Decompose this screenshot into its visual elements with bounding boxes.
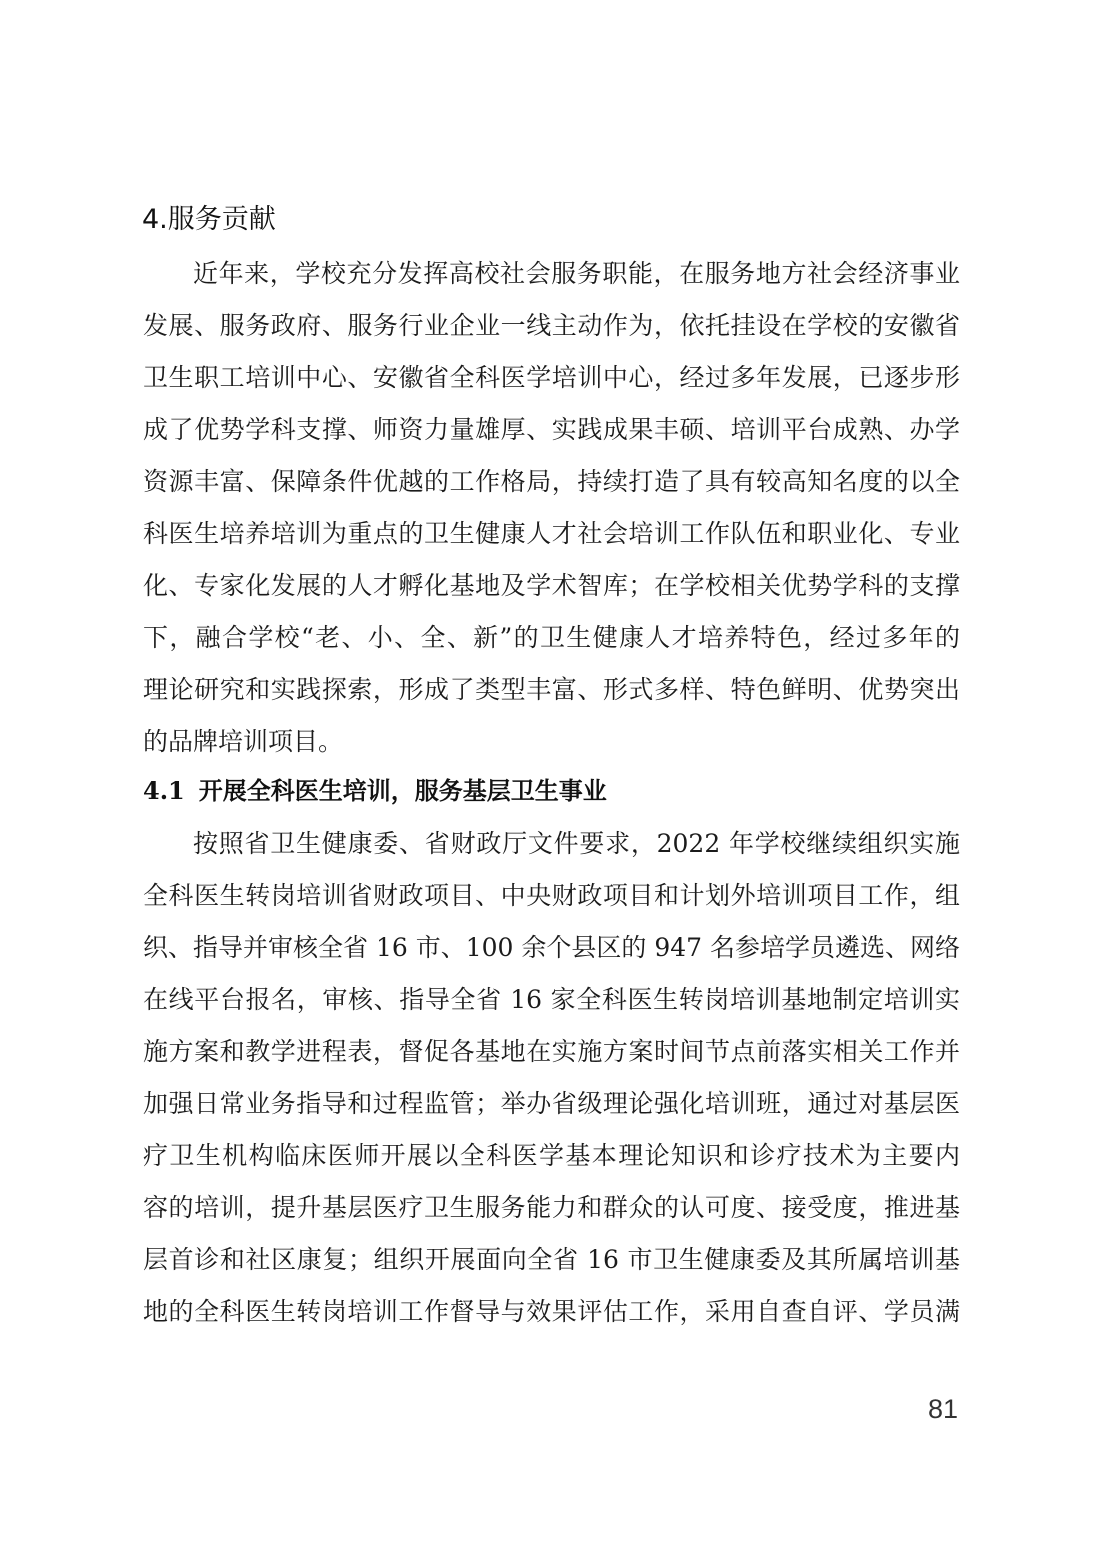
paragraph-line: 在线平台报名，审核、指导全省 16 家全科医生转岗培训基地制定培训实 [143, 982, 960, 1018]
paragraph-line: 全科医生转岗培训省财政项目、中央财政项目和计划外培训项目工作，组 [143, 878, 960, 914]
paragraph-line: 成了优势学科支撑、师资力量雄厚、实践成果丰硕、培训平台成熟、办学 [143, 412, 960, 448]
paragraph-line: 疗卫生机构临床医师开展以全科医学基本理论知识和诊疗技术为主要内 [143, 1138, 960, 1174]
paragraph-line: 理论研究和实践探索，形成了类型丰富、形式多样、特色鲜明、优势突出 [143, 672, 960, 708]
paragraph-line: 资源丰富、保障条件优越的工作格局，持续打造了具有较高知名度的以全 [143, 464, 960, 500]
paragraph-line: 卫生职工培训中心、安徽省全科医学培训中心，经过多年发展，已逐步形 [143, 360, 960, 396]
paragraph-line: 地的全科医生转岗培训工作督导与效果评估工作，采用自查自评、学员满 [143, 1294, 960, 1330]
paragraph-line: 加强日常业务指导和过程监管；举办省级理论强化培训班，通过对基层医 [143, 1086, 960, 1122]
paragraph-line: 织、指导并审核全省 16 市、100 余个县区的 947 名参培学员遴选、网络 [143, 930, 960, 966]
paragraph-line: 容的培训，提升基层医疗卫生服务能力和群众的认可度、接受度，推进基 [143, 1190, 960, 1226]
page-number: 81 [928, 1392, 958, 1426]
paragraph-line: 下，融合学校“老、小、全、新”的卫生健康人才培养特色，经过多年的 [143, 620, 960, 656]
document-page: 4.服务贡献 近年来，学校充分发挥高校社会服务职能，在服务地方社会经济事业 发展… [0, 0, 1102, 1559]
paragraph-line: 的品牌培训项目。 [143, 724, 960, 760]
section-heading: 4.服务贡献 [142, 200, 276, 240]
paragraph-line: 施方案和教学进程表，督促各基地在实施方案时间节点前落实相关工作并 [143, 1034, 960, 1070]
paragraph-line: 近年来，学校充分发挥高校社会服务职能，在服务地方社会经济事业 [193, 256, 960, 292]
paragraph-line: 按照省卫生健康委、省财政厅文件要求，2022 年学校继续组织实施 [193, 826, 960, 862]
paragraph-line: 发展、服务政府、服务行业企业一线主动作为，依托挂设在学校的安徽省 [143, 308, 960, 344]
subsection-number: 4.1 [143, 776, 185, 805]
paragraph-line: 层首诊和社区康复；组织开展面向全省 16 市卫生健康委及其所属培训基 [143, 1242, 960, 1278]
paragraph-line: 科医生培养培训为重点的卫生健康人才社会培训工作队伍和职业化、专业 [143, 516, 960, 552]
paragraph-line: 化、专家化发展的人才孵化基地及学术智库；在学校相关优势学科的支撑 [143, 568, 960, 604]
subsection-title: 开展全科医生培训，服务基层卫生事业 [199, 776, 607, 805]
subsection-heading: 4.1开展全科医生培训，服务基层卫生事业 [143, 773, 607, 809]
